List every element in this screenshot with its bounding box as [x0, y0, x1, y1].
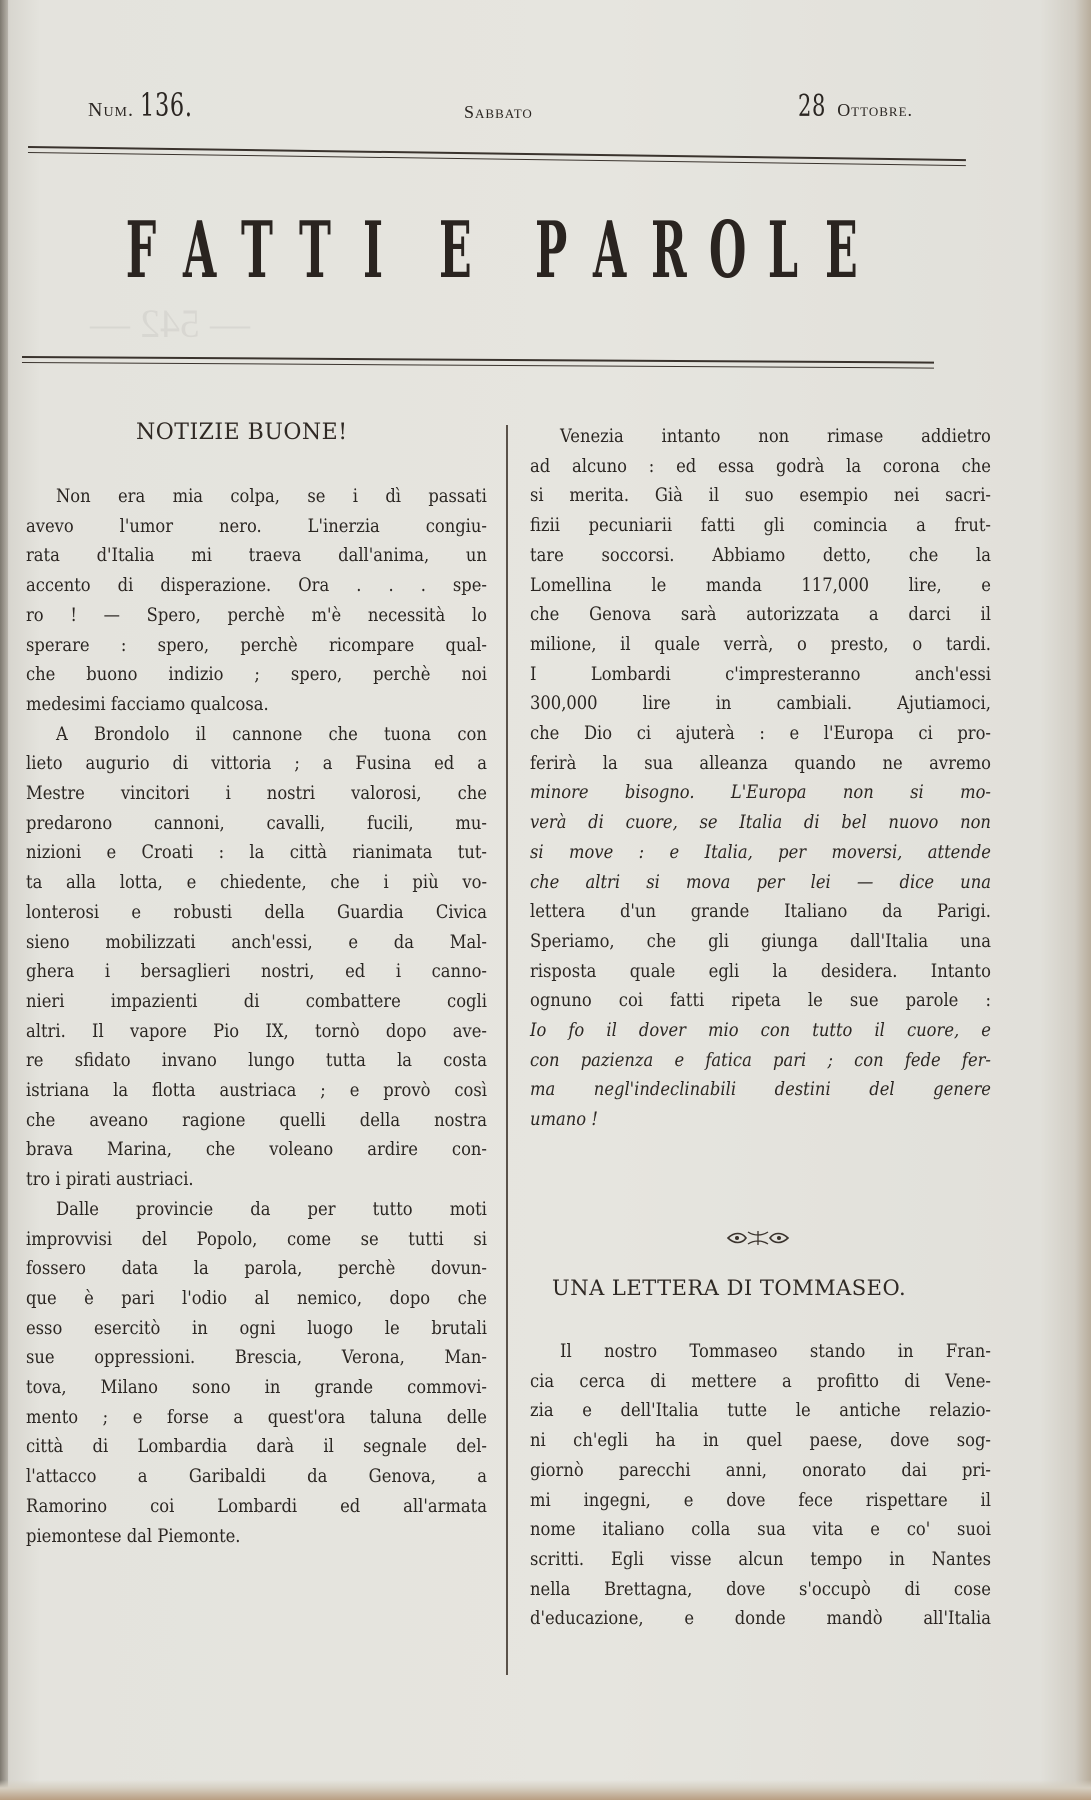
- text-line: accento di disperazione. Ora . . . spe-: [26, 576, 487, 595]
- text-line: che Genova sarà autorizzata a darci il: [530, 605, 991, 624]
- title-letter: E: [439, 212, 471, 302]
- text-line: che altri si mova per lei — dice una: [530, 873, 991, 892]
- text-line: ognuno coi fatti ripeta le sue parole :: [530, 991, 991, 1010]
- show-through-text: — 542 —: [90, 300, 250, 347]
- text-line: risposta quale egli la desidera. Intanto: [530, 962, 991, 981]
- text-line: que è pari l'odio al nemico, dopo che: [26, 1289, 487, 1308]
- title-letter: A: [183, 212, 215, 302]
- article-headline: UNA LETTERA DI TOMMASEO.: [552, 1276, 906, 1300]
- text-line: cia cerca di mettere a profitto di Vene-: [530, 1372, 991, 1391]
- text-line: ta alla lotta, e chiedente, che i più vo…: [26, 873, 487, 892]
- text-line: ad alcuno : ed essa godrà la corona che: [530, 457, 991, 476]
- text-line: lonterosi e robusti della Guardia Civica: [26, 903, 487, 922]
- title-word-e: E: [426, 212, 484, 302]
- issue-number-label: Num.: [88, 99, 134, 121]
- fleuron-divider-icon: [726, 1229, 790, 1247]
- title-letter: T: [241, 212, 273, 302]
- text-line: predarono cannoni, cavalli, fucili, mu-: [26, 814, 487, 833]
- text-line: Non era mia colpa, se i dì passati: [56, 487, 487, 506]
- title-letter: O: [709, 212, 741, 302]
- text-line: brava Marina, che voleano ardire con-: [26, 1140, 487, 1159]
- text-line: si merita. Già il suo esempio nei sacri-: [530, 486, 991, 505]
- text-line: nizioni e Croati : la città rianimata tu…: [26, 843, 487, 862]
- masthead-bottom-rule: [22, 356, 934, 369]
- title-letter: T: [299, 212, 331, 302]
- text-line: Mestre vincitori i nostri valorosi, che: [26, 784, 487, 803]
- text-line: piemontese dal Piemonte.: [26, 1527, 241, 1546]
- text-line: esso esercitò in ogni luogo le brutali: [26, 1319, 487, 1338]
- text-line: mento ; e forse a quest'ora taluna delle: [26, 1408, 487, 1427]
- title-letter: F: [125, 212, 157, 302]
- text-line: fizii pecuniarii fatti gli comincia a fr…: [530, 516, 991, 535]
- title-word-fatti: FATTI: [112, 212, 402, 302]
- text-line: sue oppressioni. Brescia, Verona, Man-: [26, 1348, 487, 1367]
- text-line: A Brondolo il cannone che tuona con: [56, 725, 487, 744]
- title-letter: R: [651, 212, 683, 302]
- text-line: 300,000 lire in cambiali. Ajutiamoci,: [530, 694, 991, 713]
- text-line: Il nostro Tommaseo stando in Fran-: [560, 1342, 991, 1361]
- text-line: nome italiano colla sua vita e co' suoi: [530, 1520, 991, 1539]
- text-line: nella Brettagna, dove s'occupò di cose: [530, 1580, 991, 1599]
- text-line: che aveano ragione quelli della nostra: [26, 1111, 487, 1130]
- text-line: verà di cuore, se Italia di bel nuovo no…: [530, 813, 991, 832]
- title-word-parole: PAROLE: [522, 212, 870, 302]
- issue-number-value: 136.: [140, 86, 193, 124]
- text-line: ghera i bersaglieri nostri, ed i canno-: [26, 962, 487, 981]
- text-line: Ramorino coi Lombardi ed all'armata: [26, 1497, 487, 1516]
- title-letter: E: [825, 212, 857, 302]
- text-line: d'educazione, e donde mandò all'Italia: [530, 1609, 991, 1628]
- title-letter: L: [767, 212, 799, 302]
- text-line: lieto augurio di vittoria ; a Fusina ed …: [26, 754, 487, 773]
- text-line: umano !: [530, 1110, 598, 1129]
- text-line: città di Lombardia darà il segnale del-: [26, 1437, 487, 1456]
- text-line: tare soccorsi. Abbiamo detto, che la: [530, 546, 991, 565]
- text-line: tro i pirati austriaci.: [26, 1170, 194, 1189]
- text-line: minore bisogno. L'Europa non si mo-: [530, 783, 991, 802]
- text-line: istriana la flotta austriaca ; e provò c…: [26, 1081, 487, 1100]
- title-letter: I: [357, 212, 389, 302]
- issue-date: 28 Ottobre.: [798, 89, 913, 124]
- newspaper-title: FATTI E PAROLE: [112, 212, 892, 302]
- text-line: Speriamo, che gli giunga dall'Italia una: [530, 932, 991, 951]
- book-spine-shadow: [0, 0, 8, 1800]
- text-line: ferirà la sua alleanza quando ne avremo: [530, 754, 991, 773]
- text-line: Dalle provincie da per tutto moti: [56, 1200, 487, 1219]
- text-line: ro ! — Spero, perchè m'è necessità lo: [26, 606, 487, 625]
- text-line: medesimi facciamo qualcosa.: [26, 695, 269, 714]
- text-line: I Lombardi c'impresteranno anch'essi: [530, 665, 991, 684]
- text-line: milione, il quale verrà, o presto, o tar…: [530, 635, 991, 654]
- text-line: che Dio ci ajuterà : e l'Europa ci pro-: [530, 724, 991, 743]
- text-line: Io fo il dover mio con tutto il cuore, e: [530, 1021, 991, 1040]
- text-line: l'attacco a Garibaldi da Genova, a: [26, 1467, 487, 1486]
- text-line: con pazienza e fatica pari ; con fede fe…: [530, 1051, 991, 1070]
- issue-date-day: 28: [798, 89, 826, 124]
- masthead-top-rule: [28, 146, 966, 166]
- text-line: nieri impazienti di combattere cogli: [26, 992, 487, 1011]
- text-line: scritti. Egli visse alcun tempo in Nante…: [530, 1550, 991, 1569]
- text-line: tova, Milano sono in grande commovi-: [26, 1378, 487, 1397]
- issue-weekday: Sabbato: [464, 102, 533, 123]
- text-line: ni ch'egli ha in quel paese, dove sog-: [530, 1431, 991, 1450]
- text-line: zia e dell'Italia tutte le antiche relaz…: [530, 1401, 991, 1420]
- text-line: che buono indizio ; spero, perchè noi: [26, 665, 487, 684]
- text-line: sperare : spero, perchè ricompare qual-: [26, 636, 487, 655]
- text-line: fossero data la parola, perchè dovun-: [26, 1259, 487, 1278]
- text-line: rata d'Italia mi traeva dall'anima, un: [26, 546, 487, 565]
- newspaper-page: — 542 — Num. 136. Sabbato 28 Ottobre. FA…: [0, 0, 1091, 1800]
- text-line: mi ingegni, e dove fece rispettare il: [530, 1491, 991, 1510]
- text-line: Lomellina le manda 117,000 lire, e: [530, 576, 991, 595]
- masthead-meta: Num. 136. Sabbato 28 Ottobre.: [0, 86, 1091, 126]
- column-divider: [506, 425, 508, 1675]
- page-bottom-edge: [0, 1780, 1091, 1800]
- text-line: ma negl'indeclinabili destini del genere: [530, 1080, 991, 1099]
- title-letter: P: [535, 212, 567, 302]
- issue-number: Num. 136.: [88, 86, 215, 124]
- issue-date-month: Ottobre.: [837, 100, 913, 120]
- text-line: lettera d'un grande Italiano da Parigi.: [530, 902, 991, 921]
- title-letter: A: [593, 212, 625, 302]
- text-line: sieno mobilizzati anch'essi, e da Mal-: [26, 933, 487, 952]
- text-line: giornò parecchi anni, onorato dai pri-: [530, 1461, 991, 1480]
- article-headline: NOTIZIE BUONE!: [136, 420, 348, 445]
- text-line: Venezia intanto non rimase addietro: [560, 427, 991, 446]
- text-line: re sfidato invano lungo tutta la costa: [26, 1051, 487, 1070]
- text-line: si move : e Italia, per moversi, attende: [530, 843, 991, 862]
- text-line: improvvisi del Popolo, come se tutti si: [26, 1230, 487, 1249]
- text-line: avevo l'umor nero. L'inerzia congiu-: [26, 517, 487, 536]
- text-line: altri. Il vapore Pio IX, tornò dopo ave-: [26, 1022, 487, 1041]
